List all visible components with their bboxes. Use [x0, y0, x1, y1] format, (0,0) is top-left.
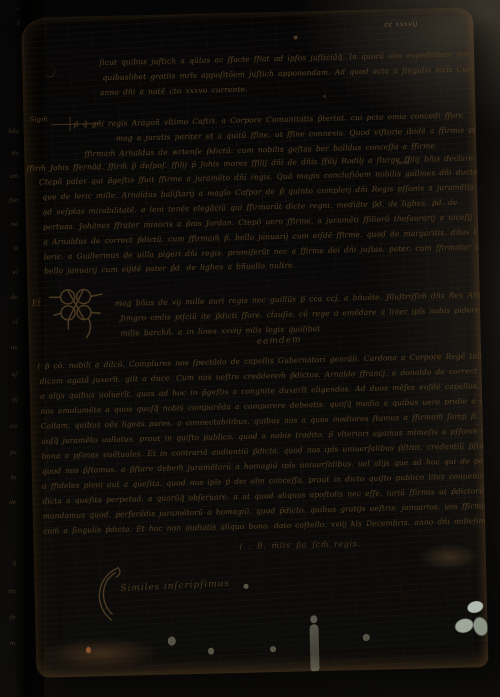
margin-signum-label: Sigm̃	[29, 115, 47, 123]
corner-stain	[43, 624, 204, 674]
speck	[363, 634, 370, 641]
centered-word: eamdem	[257, 335, 302, 347]
speck	[243, 584, 248, 589]
punch-hole	[44, 65, 55, 77]
signature-flourish-icon	[88, 565, 125, 624]
water-drip-stain	[309, 624, 319, 672]
foxing-spot	[294, 35, 298, 39]
paragraph-initial-et: Et̃	[32, 299, 41, 308]
manuscript-line-para1: mag a juratis pariter et a quitũ ffine. …	[116, 124, 489, 143]
manuscript-line-para2: mag bñus de vij mille auri regis nec gui…	[115, 289, 489, 307]
stain-patch	[411, 537, 486, 577]
speck	[270, 646, 276, 652]
speck	[208, 648, 214, 655]
wax-stain	[443, 594, 489, 647]
ink-dot	[400, 592, 409, 600]
foxing-spot	[323, 95, 326, 98]
manuscript-line-para1: bello januarij cum eiſdẽ pater p̃d. de l…	[44, 261, 295, 276]
chancery-note: ( . B. m̃lis p̃a ſcm̃ regis.	[239, 539, 360, 551]
folio-number: cc xxxvij	[384, 20, 418, 29]
manuscript-line-para0: ſicut quibus juſtich a qūtas ac ffacte f…	[99, 47, 488, 67]
signature-text: Similes inſcripſimus	[120, 579, 230, 594]
manuscript-line-para0: anno dñi a natẽ cto xxxvo currente.	[100, 85, 248, 97]
signum-cross-mark	[69, 117, 70, 131]
knotwork-initial-icon	[47, 280, 110, 341]
manuscript-page: ~ - cc xxxvij Sigm̃ Et̃ jurat̃ eamdem ( …	[21, 7, 488, 677]
